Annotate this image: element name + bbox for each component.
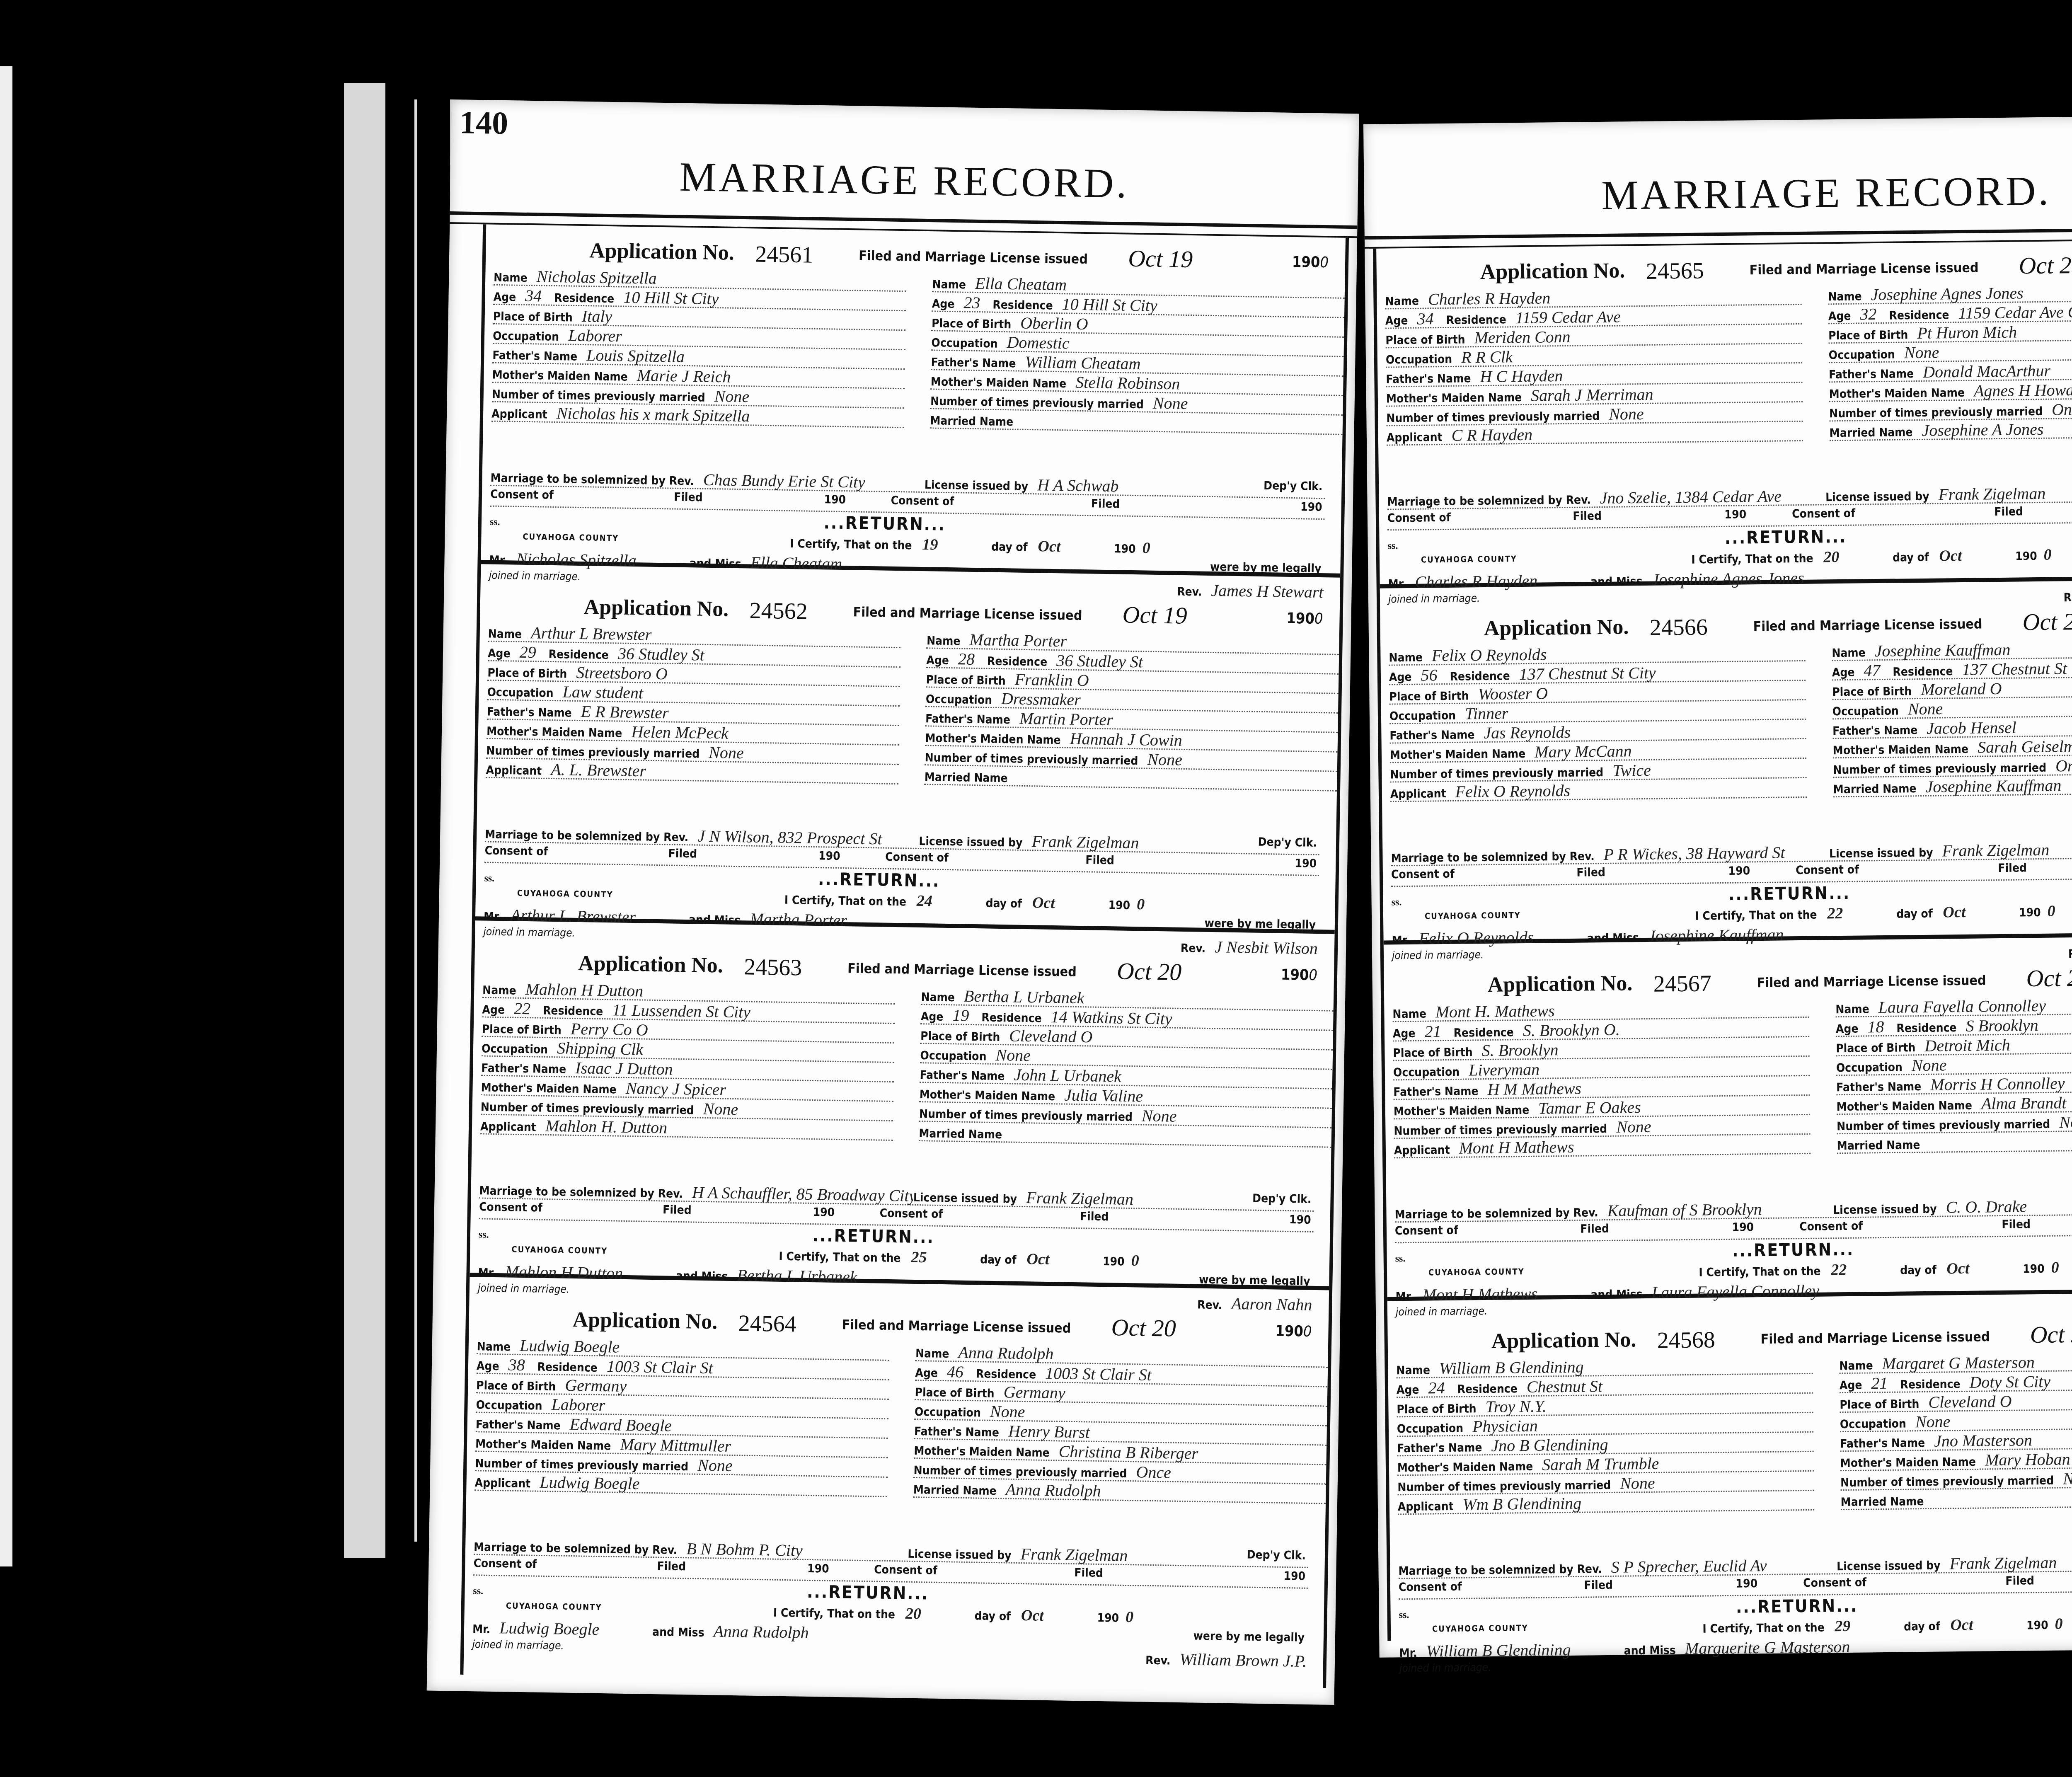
bride-column: NameBertha L UrbanekAge19 Residence14 Wa… — [919, 985, 1334, 1148]
application-header: Application No. 24565 Filed and Marriage… — [1376, 252, 2072, 286]
officiant: P R Wickes, 38 Hayward St — [1597, 843, 1785, 864]
groom-applicant: Nicholas his x mark Spitzella — [550, 404, 750, 426]
groom-birthplace: Italy — [575, 307, 612, 326]
groom-mother: Mary McCann — [1528, 741, 1632, 761]
groom-occupation: Law student — [556, 682, 643, 702]
groom-mother: Helen McPeck — [625, 722, 729, 743]
license-issued-date: Oct 22 — [2022, 608, 2072, 636]
bride-times-married-row: Number of times previously marriedOnce — [1833, 754, 2072, 778]
bride-age: 19 — [946, 1006, 969, 1025]
marriage-entry: Application No. 24566 Filed and Marriage… — [1380, 600, 2072, 945]
groom-applicant-row: ApplicantWm B Glendining — [1398, 1491, 1815, 1515]
bride-father: John L Urbanek — [1007, 1065, 1121, 1085]
bride-times-married: Once — [2049, 756, 2072, 775]
county-label: CUYAHOGA COUNTY — [511, 1244, 608, 1256]
groom-name: Felix O Reynolds — [1425, 645, 1547, 665]
bride-column: NameAnna RudolphAge46 Residence1003 St C… — [913, 1342, 1328, 1504]
bride-father: Morris H Connolley — [1924, 1074, 2065, 1094]
bride-place-of-birth-row: Place of BirthMoreland O — [1832, 676, 2072, 700]
groom-residence: 36 Studley St — [611, 644, 705, 664]
bride-name-row: NameJosephine Agnes Jones — [1828, 281, 2072, 305]
certification: I Certify, That on the 22 day of Oct 190… — [1695, 902, 2055, 924]
certification: I Certify, That on the 24 day of Oct 190… — [784, 890, 1145, 914]
state-of-ohio: ss. — [1391, 887, 1402, 910]
bride-occupation-row: OccupationNone — [1832, 696, 2072, 720]
application-number: 24566 — [1649, 614, 1708, 641]
groom-times-married: None — [1610, 1117, 1651, 1136]
bride-residence: Doty St City — [1963, 1372, 2050, 1392]
cert-day: 29 — [1828, 1617, 1850, 1635]
bride-mothers-maiden-name-row: Mother's Maiden NameAgnes H Howard — [1829, 378, 2072, 402]
bride-occupation: None — [1905, 1056, 1947, 1075]
return-section: ss. CUYAHOGA COUNTY ...RETURN... I Certi… — [1387, 522, 2072, 581]
bride-times-married-row: Number of times previously marriedOnce — [1829, 398, 2072, 422]
bride-mother: Stella Robinson — [1069, 373, 1180, 393]
filed-label: Filed and Marriage License issued — [1753, 616, 1982, 634]
cert-day: 19 — [915, 536, 938, 554]
cert-month: Oct — [1936, 903, 1965, 921]
bride-column: NameLaura Fayella ConnolleyAge18 Residen… — [1835, 994, 2072, 1154]
certification: I Certify, That on the 19 day of Oct 190… — [790, 533, 1150, 557]
groom-mother: Marie J Reich — [630, 366, 731, 386]
return-section: ss. CUYAHOGA COUNTY ...RETURN... I Certi… — [1391, 879, 2072, 937]
bride-column: NameMartha PorterAge28 Residence36 Studl… — [925, 629, 1339, 792]
return-label: ...RETURN... — [812, 1225, 934, 1247]
groom-age: 34 — [518, 286, 542, 305]
cert-bride: Marguerite G Masterson — [1678, 1637, 1850, 1658]
officiant: J N Wilson, 832 Prospect St — [691, 826, 882, 848]
certification: I Certify, That on the 25 day of Oct 190… — [779, 1246, 1139, 1270]
groom-times-married: None — [707, 387, 749, 406]
groom-birthplace: Streetsboro O — [569, 663, 668, 683]
groom-applicant: Mont H Mathews — [1452, 1138, 1574, 1157]
license-issued-date: Oct 20 — [1117, 957, 1182, 985]
groom-father: Jas Reynolds — [1477, 723, 1571, 742]
license-clerk: Frank Zigelman — [1019, 1188, 1134, 1208]
groom-occupation: Physician — [1466, 1416, 1538, 1436]
return-section: ss. CUYAHOGA COUNTY ...RETURN... I Certi… — [1395, 1235, 2072, 1293]
bride-birthplace: Cleveland O — [1922, 1392, 2012, 1411]
groom-birthplace: Wooster O — [1471, 684, 1548, 703]
bride-birthplace: Pt Huron Mich — [1910, 323, 2017, 343]
groom-name: Mahlon H Dutton — [518, 980, 643, 1000]
groom-age: 21 — [1418, 1022, 1441, 1041]
filed-label: Filed and Marriage License issued — [847, 960, 1077, 980]
bride-mother: Sarah Geiselman — [1971, 737, 2072, 757]
groom-residence: 137 Chestnut St City — [1513, 663, 1656, 684]
certification: I Certify, That on the 29 day of Oct 190… — [1702, 1615, 2063, 1637]
groom-column: NameMont H. MathewsAge21 ResidenceS. Bro… — [1392, 998, 1811, 1159]
bride-place-of-birth-row: Place of BirthPt Huron Mich — [1828, 320, 2072, 344]
certification: I Certify, That on the 20 day of Oct 190… — [1691, 546, 2052, 568]
groom-name: Charles R Hayden — [1421, 288, 1551, 308]
bride-name: Margaret G Masterson — [1875, 1353, 2035, 1373]
bride-mothers-maiden-name-row: Mother's Maiden NameSarah Geiselman — [1832, 735, 2072, 759]
officiant: B N Bohm P. City — [680, 1539, 803, 1560]
groom-column: NameFelix O ReynoldsAge56 Residence137 C… — [1389, 642, 1807, 802]
license-issued-date: Oct 22 — [2030, 1320, 2072, 1349]
bride-residence: 137 Chestnut St City — [1955, 659, 2072, 679]
bride-column: NameJosephine KauffmanAge47 Residence137… — [1832, 637, 2072, 798]
groom-residence: 1159 Cedar Ave — [1509, 307, 1621, 327]
bride-married-name — [1010, 767, 1017, 786]
license-year: 1900 — [1286, 610, 1323, 627]
bride-times-married: None — [2053, 1113, 2072, 1132]
groom-times-married: Twice — [1606, 761, 1651, 780]
cert-bride: Anna Rudolph — [707, 1622, 809, 1642]
bride-age-residence-row: Age18 ResidenceS Brooklyn — [1836, 1013, 2072, 1037]
return-label: ...RETURN... — [823, 512, 946, 535]
page-title: MARRIAGE RECORD. — [450, 149, 1358, 211]
cert-month: Oct — [1020, 1250, 1050, 1268]
bride-birthplace: Cleveland O — [1002, 1026, 1093, 1046]
county-label: CUYAHOGA COUNTY — [506, 1601, 602, 1612]
facing-page-edge — [0, 66, 12, 1566]
bride-occupation: Domestic — [1000, 333, 1070, 353]
state-of-ohio: ss. — [473, 1576, 484, 1599]
joined-label: joined in marriage. — [1392, 949, 1484, 962]
groom-applicant: Ludwig Boegle — [533, 1472, 640, 1493]
joined-label: joined in marriage. — [483, 925, 575, 939]
bride-name-row: NameMargaret G Masterson — [1839, 1350, 2072, 1374]
cert-month: Oct — [1026, 894, 1055, 912]
bride-birthplace: Germany — [997, 1382, 1065, 1402]
cert-groom: Felix O Reynolds — [1412, 928, 1534, 948]
return-label: ...RETURN... — [1725, 526, 1847, 548]
state-of-ohio: ss. — [1399, 1600, 1409, 1623]
bride-age: 21 — [1864, 1374, 1888, 1393]
marriage-entry: Application No. 24564 Filed and Marriage… — [464, 1298, 1329, 1642]
groom-father: Edward Boegle — [563, 1415, 672, 1435]
groom-mother: Tamar E Oakes — [1532, 1098, 1641, 1118]
groom-occupation: Laborer — [545, 1395, 605, 1414]
county-label: CUYAHOGA COUNTY — [1421, 554, 1517, 564]
bride-married-name — [1005, 1123, 1012, 1142]
groom-column: NameWilliam B GlendiningAge24 ResidenceC… — [1396, 1355, 1814, 1515]
bride-times-married: None — [1146, 393, 1188, 413]
cert-day: 25 — [904, 1249, 927, 1266]
application-label: Application No. — [1484, 615, 1629, 641]
license-issued-date: Oct 19 — [1122, 601, 1187, 629]
groom-times-married: None — [1602, 404, 1644, 424]
bride-residence: 36 Studley St — [1050, 651, 1143, 671]
license-issued-date: Oct 22 — [2026, 964, 2072, 993]
officiant: S P Sprecher, Euclid Av — [1604, 1556, 1767, 1576]
bride-married-name — [1016, 411, 1023, 429]
bride-mother: Julia Valine — [1058, 1085, 1143, 1105]
bride-age: 46 — [940, 1362, 964, 1381]
application-number: 24564 — [738, 1310, 796, 1337]
bride-mother: Christina B Riberger — [1052, 1442, 1198, 1463]
application-label: Application No. — [1491, 1327, 1636, 1353]
groom-residence: 1003 St Clair St — [600, 1357, 713, 1377]
bride-fathers-name-row: Father's NameJacob Hensel — [1832, 715, 2072, 739]
bride-age: 47 — [1857, 661, 1880, 680]
groom-times-married: None — [696, 1099, 738, 1119]
application-label: Application No. — [1480, 258, 1625, 284]
bride-name: Bertha L Urbanek — [957, 986, 1084, 1007]
application-label: Application No. — [589, 238, 734, 265]
groom-birthplace: Meriden Conn — [1467, 327, 1571, 347]
joined-label: joined in marriage. — [1388, 592, 1480, 605]
county-label: CUYAHOGA COUNTY — [517, 888, 613, 900]
entries-frame: Application No. 24565 Filed and Marriage… — [1373, 240, 2072, 1641]
bride-married-name-row: Married NameJosephine Kauffman — [1833, 774, 2072, 798]
book-edge-left — [344, 83, 385, 1558]
joined-label: joined in marriage. — [489, 569, 581, 583]
bride-residence: S Brooklyn — [1959, 1016, 2038, 1035]
bride-times-married: Once — [1129, 1462, 1171, 1482]
cert-groom: Arthur L. Brewster — [504, 905, 636, 926]
application-label: Application No. — [578, 951, 723, 978]
bride-married-name — [1922, 1134, 1929, 1152]
application-number: 24565 — [1646, 257, 1704, 284]
application-label: Application No. — [1487, 971, 1632, 997]
bride-column: NameElla CheatamAge23 Residence10 Hill S… — [930, 273, 1345, 435]
return-label: ...RETURN... — [1732, 1239, 1854, 1261]
bride-fathers-name-row: Father's NameDonald MacArthur — [1829, 359, 2072, 383]
filed-label: Filed and Marriage License issued — [1757, 972, 1986, 990]
groom-column: NameCharles R HaydenAge34 Residence1159 … — [1385, 286, 1803, 446]
groom-mother: Sarah J Merriman — [1524, 385, 1653, 405]
bride-occupation: None — [1909, 1412, 1951, 1431]
groom-applicant: C R Hayden — [1445, 425, 1532, 445]
bride-name: Josephine Agnes Jones — [1864, 283, 2023, 304]
bride-occupation: None — [1898, 343, 1939, 362]
bride-times-married: None — [2056, 1469, 2072, 1488]
cert-day: 20 — [1817, 548, 1839, 566]
groom-applicant: Mahlon H. Dutton — [539, 1116, 668, 1137]
license-clerk: Frank Zigelman — [1014, 1545, 1128, 1565]
married-couple-line: Mr.Mont H Mathews and MissLaura Fayella … — [1395, 1276, 2072, 1305]
cert-groom: Ludwig Boegle — [493, 1618, 600, 1639]
right-page: 141 MARRIAGE RECORD. Application No. 245… — [1363, 115, 2072, 1658]
license-year: 1900 — [1275, 1323, 1312, 1340]
marriage-entry: Application No. 24562 Filed and Marriage… — [475, 585, 1340, 934]
bride-age: 32 — [1853, 305, 1876, 324]
bride-residence: 1159 Cedar Ave City — [1951, 303, 2072, 323]
groom-applicant: A. L. Brewster — [544, 760, 646, 780]
groom-mother: Nancy J Spicer — [619, 1079, 726, 1099]
groom-father: Isaac J Dutton — [569, 1058, 673, 1079]
county-label: CUYAHOGA COUNTY — [523, 532, 619, 543]
cert-groom: Nicholas Spitzella — [509, 549, 637, 570]
groom-occupation: Shipping Clk — [550, 1039, 643, 1059]
bride-father: Martin Porter — [1013, 709, 1113, 729]
groom-occupation: R R Clk — [1455, 347, 1513, 366]
return-label: ...RETURN... — [807, 1581, 929, 1604]
bride-name: Martha Porter — [963, 630, 1067, 651]
bride-age-residence-row: Age47 Residence137 Chestnut St City — [1832, 657, 2072, 681]
cert-bride: Laura Fayella Connolley — [1645, 1281, 1820, 1302]
bride-occupation: None — [1901, 699, 1943, 718]
bride-age: 18 — [1861, 1017, 1884, 1036]
return-label: ...RETURN... — [1736, 1595, 1858, 1617]
cert-groom: Charles R Hayden — [1408, 571, 1537, 591]
officiant: Kaufman of S Brooklyn — [1600, 1200, 1762, 1220]
certification: I Certify, That on the 22 day of Oct 190… — [1699, 1259, 2059, 1281]
bride-birthplace: Detroit Mich — [1918, 1036, 2010, 1055]
groom-age: 38 — [501, 1355, 525, 1374]
groom-mother: Sarah M Trumble — [1535, 1454, 1659, 1474]
groom-age: 24 — [1421, 1378, 1445, 1397]
groom-applicant: Wm B Glendining — [1456, 1494, 1581, 1514]
groom-birthplace: Perry Co O — [564, 1019, 648, 1039]
bride-mother: Agnes H Howard — [1967, 380, 2072, 400]
bride-occupation: Dressmaker — [995, 689, 1081, 709]
officiant: H A Schauffler, 85 Broadway City — [685, 1183, 917, 1205]
bride-mother: Alma Brandt — [1975, 1093, 2067, 1113]
state-of-ohio: ss. — [484, 863, 495, 886]
bride-name: Ella Cheatam — [968, 274, 1067, 294]
county-label: CUYAHOGA COUNTY — [1432, 1623, 1528, 1634]
bride-married-name — [1926, 1490, 1933, 1509]
groom-father: H M Mathews — [1481, 1079, 1581, 1099]
bride-married-name: Josephine A Jones — [1915, 420, 2043, 440]
groom-birthplace: S. Brooklyn — [1475, 1040, 1559, 1060]
groom-residence: 10 Hill St City — [617, 288, 719, 308]
bride-mother: Mary Hoban — [1978, 1450, 2070, 1469]
marriage-entry: Application No. 24565 Filed and Marriage… — [1376, 244, 2072, 588]
application-number: 24563 — [744, 954, 802, 981]
bride-age-residence-row: Age32 Residence1159 Cedar Ave City — [1828, 300, 2072, 324]
marriage-entry: Application No. 24567 Filed and Marriage… — [1384, 956, 2072, 1301]
bride-mother: Hannah J Cowin — [1063, 729, 1182, 750]
bride-occupation-row: OccupationNone — [1828, 339, 2072, 363]
application-header: Application No. 24566 Filed and Marriage… — [1380, 608, 2072, 642]
cert-bride: Ella Cheatam — [744, 553, 842, 573]
bride-times-married: None — [1135, 1106, 1177, 1126]
bride-name: Anna Rudolph — [951, 1343, 1054, 1363]
groom-name: Nicholas Spitzella — [530, 267, 657, 288]
bride-married-name: Anna Rudolph — [999, 1480, 1101, 1500]
bride-times-married: None — [1140, 750, 1182, 769]
entries-frame: Application No. 24561 Filed and Marriage… — [460, 224, 1349, 1688]
officiating-rev: Rev.William Brown J.P. — [1145, 1649, 1307, 1671]
state-of-ohio: ss. — [1395, 1244, 1405, 1266]
county-label: CUYAHOGA COUNTY — [1428, 1266, 1525, 1277]
cert-groom: Mont H Mathews — [1416, 1284, 1537, 1304]
groom-column: NameArthur L BrewsterAge29 Residence36 S… — [486, 622, 900, 785]
state-of-ohio: ss. — [479, 1220, 489, 1242]
left-page: 140 MARRIAGE RECORD. Application No. 245… — [427, 99, 1359, 1705]
groom-birthplace: Germany — [558, 1375, 627, 1395]
groom-father: E R Brewster — [574, 702, 669, 722]
cert-day: 22 — [1824, 1261, 1847, 1279]
cert-month: Oct — [1031, 537, 1061, 555]
rev-signature: William Brown J.P. — [1173, 1650, 1307, 1670]
application-label: Application No. — [572, 1307, 717, 1334]
bride-birthplace: Moreland O — [1914, 679, 2002, 699]
groom-father: Louis Spitzella — [580, 346, 685, 366]
bride-occupation: None — [989, 1046, 1031, 1065]
officiant: Jno Szelie, 1384 Cedar Ave — [1593, 487, 1782, 507]
bride-birthplace: Oberlin O — [1014, 313, 1088, 333]
license-clerk: Frank Zigelman — [1025, 832, 1139, 852]
groom-age: 29 — [513, 642, 536, 661]
groom-occupation: Laborer — [562, 326, 622, 345]
groom-residence: S. Brooklyn O. — [1516, 1020, 1620, 1040]
groom-name: William B Glendining — [1433, 1358, 1584, 1378]
filed-label: Filed and Marriage License issued — [842, 1317, 1071, 1336]
cert-month: Oct — [1932, 547, 1962, 565]
bride-married-name-row: Married NameJosephine A Jones — [1829, 417, 2072, 441]
license-issued-date: Oct 19 — [1128, 245, 1193, 273]
joined-label: joined in marriage. — [472, 1638, 564, 1652]
bride-married-name: Josephine Kauffman — [1919, 776, 2061, 796]
application-number: 24562 — [749, 597, 808, 625]
groom-times-married: None — [1613, 1474, 1655, 1493]
bride-name-row: NameJosephine Kauffman — [1832, 637, 2072, 661]
county-label: CUYAHOGA COUNTY — [1425, 910, 1521, 921]
marriage-entry: Application No. 24561 Filed and Marriage… — [481, 228, 1345, 577]
married-couple-line: Mr.William B Glendining and MissMargueri… — [1399, 1633, 2072, 1661]
marriage-entry: Application No. 24568 Filed and Marriage… — [1387, 1313, 2072, 1654]
application-header: Application No. 24568 Filed and Marriage… — [1387, 1321, 2072, 1355]
joined-label: joined in marriage. — [1396, 1305, 1488, 1318]
license-clerk: Frank Zigelman — [1932, 484, 2045, 504]
groom-name: Mont H. Mathews — [1429, 1001, 1555, 1021]
cert-day: 20 — [899, 1605, 922, 1622]
cert-bride: Bertha L Urbanek — [730, 1266, 857, 1286]
cert-bride: Josephine Kauffman — [1641, 925, 1784, 945]
page-number: 140 — [459, 104, 508, 142]
groom-age: 22 — [507, 999, 531, 1018]
bride-name: Josephine Kauffman — [1868, 640, 2010, 661]
license-clerk: H A Schwab — [1031, 475, 1119, 495]
groom-age: 56 — [1414, 666, 1437, 685]
groom-age: 34 — [1410, 309, 1433, 328]
groom-residence: Chestnut St — [1520, 1377, 1603, 1396]
bride-father: Jno Masterson — [1927, 1431, 2032, 1450]
groom-residence: 11 Lussenden St City — [605, 1000, 750, 1021]
cert-bride: Martha Porter — [743, 909, 847, 930]
application-header: Application No. 24567 Filed and Marriage… — [1384, 965, 2072, 999]
license-issued-date: Oct 20 — [2019, 251, 2072, 280]
groom-times-married: None — [691, 1455, 733, 1475]
bride-age: 28 — [951, 649, 975, 668]
bride-column: NameJosephine Agnes JonesAge32 Residence… — [1828, 281, 2072, 441]
cert-groom: Mahlon H Dutton — [498, 1262, 623, 1283]
return-section: ss. CUYAHOGA COUNTY ...RETURN... I Certi… — [1399, 1591, 2072, 1650]
bride-times-married: Once — [2045, 400, 2072, 419]
groom-mother: Mary Mittmuller — [613, 1435, 731, 1455]
bride-place-of-birth-row: Place of BirthDetroit Mich — [1836, 1033, 2072, 1057]
groom-name: Arthur L Brewster — [524, 623, 652, 644]
groom-father: Jno B Glendining — [1484, 1435, 1608, 1455]
bride-occupation-row: OccupationNone — [1836, 1052, 2072, 1076]
bride-residence: 1003 St Clair St — [1038, 1364, 1152, 1384]
groom-applicant-row: ApplicantFelix O Reynolds — [1390, 778, 1807, 802]
bride-column: NameMargaret G MastersonAge21 ResidenceD… — [1839, 1350, 2072, 1511]
state-of-ohio: ss. — [1387, 531, 1398, 554]
license-clerk: C. O. Drake — [1939, 1197, 2027, 1216]
application-label: Application No. — [583, 595, 729, 621]
bride-father: Jacob Hensel — [1920, 718, 2016, 738]
joined-label: joined in marriage. — [1399, 1661, 1491, 1675]
groom-times-married: None — [702, 743, 744, 763]
filed-label: Filed and Marriage License issued — [853, 604, 1082, 623]
bride-birthplace: Franklin O — [1008, 670, 1089, 690]
return-label: ...RETURN... — [1728, 883, 1851, 904]
groom-birthplace: Troy N.Y. — [1479, 1397, 1547, 1416]
joined-label: joined in marriage. — [478, 1282, 570, 1295]
filed-label: Filed and Marriage License issued — [1750, 259, 1979, 278]
bride-name-row: NameLaura Fayella Connolley — [1835, 994, 2072, 1018]
cert-day: 24 — [910, 892, 933, 910]
groom-occupation: Liveryman — [1462, 1060, 1540, 1080]
groom-column: NameLudwig BoegleAge38 Residence1003 St … — [474, 1335, 889, 1497]
